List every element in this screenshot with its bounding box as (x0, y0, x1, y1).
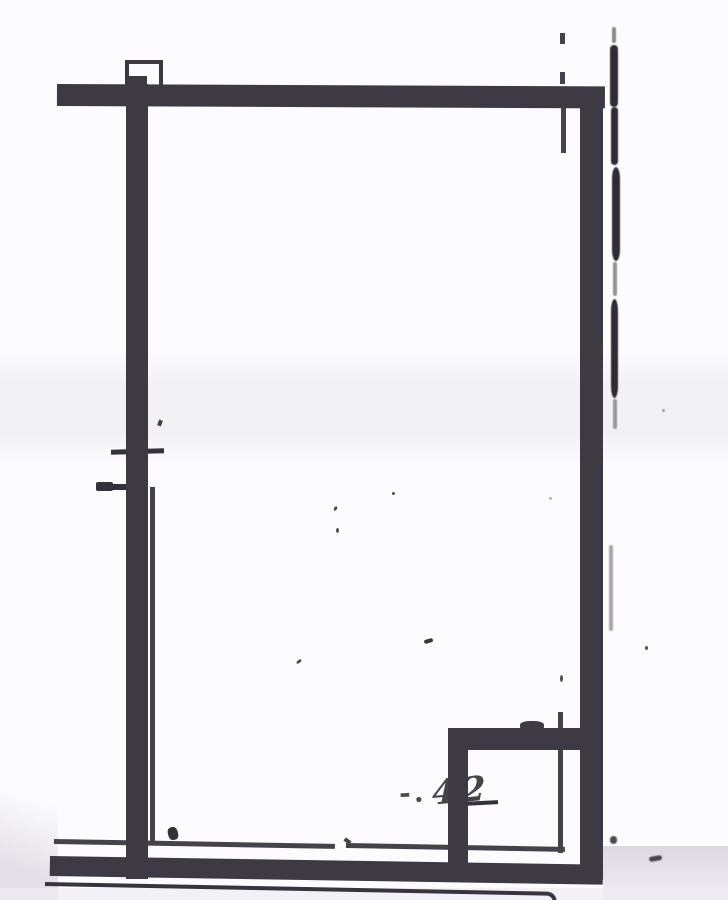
scan-streak-segment (612, 167, 620, 261)
partition-line-horizontal-a (54, 839, 335, 848)
bottom-left-scan-shadow (0, 768, 58, 900)
paper-speck (333, 506, 338, 512)
paper-speck (392, 492, 395, 495)
paper-speck (549, 497, 552, 500)
paper-speck (560, 675, 563, 682)
mid-page-scan-band (0, 350, 728, 465)
dashed-line-segment (560, 33, 565, 44)
scan-streak-segment (613, 262, 617, 296)
scan-streak-tick (610, 836, 617, 844)
scan-streak-segment (613, 399, 617, 429)
scan-streak-segment (611, 107, 618, 165)
paper-speck (424, 638, 434, 644)
annex-top-blob (520, 721, 544, 731)
paper-speck (336, 528, 339, 533)
paper-speck (296, 658, 303, 664)
scan-streak-segment (609, 545, 613, 631)
annex-wall-left (448, 728, 468, 878)
floor-plan-scan: -. 42 (0, 0, 728, 900)
scan-streak-segment (610, 45, 618, 107)
tick-lower-end-blob (96, 482, 113, 491)
partition-line-bottom-blob (166, 826, 179, 841)
scan-streak-segment (611, 299, 618, 398)
wall-right (580, 88, 603, 880)
wall-left (126, 84, 148, 879)
dashed-line-segment (561, 107, 566, 153)
paper-speck (645, 646, 648, 650)
dashed-line-segment (560, 72, 565, 84)
sheet-edge-line (45, 882, 557, 900)
wall-bottom (50, 856, 603, 885)
annex-wall-top (448, 728, 603, 750)
paper-speck (662, 409, 665, 412)
annotation-lead-marks: -. (398, 778, 427, 807)
scan-streak-segment (612, 27, 616, 43)
partition-line-vertical (150, 487, 155, 841)
